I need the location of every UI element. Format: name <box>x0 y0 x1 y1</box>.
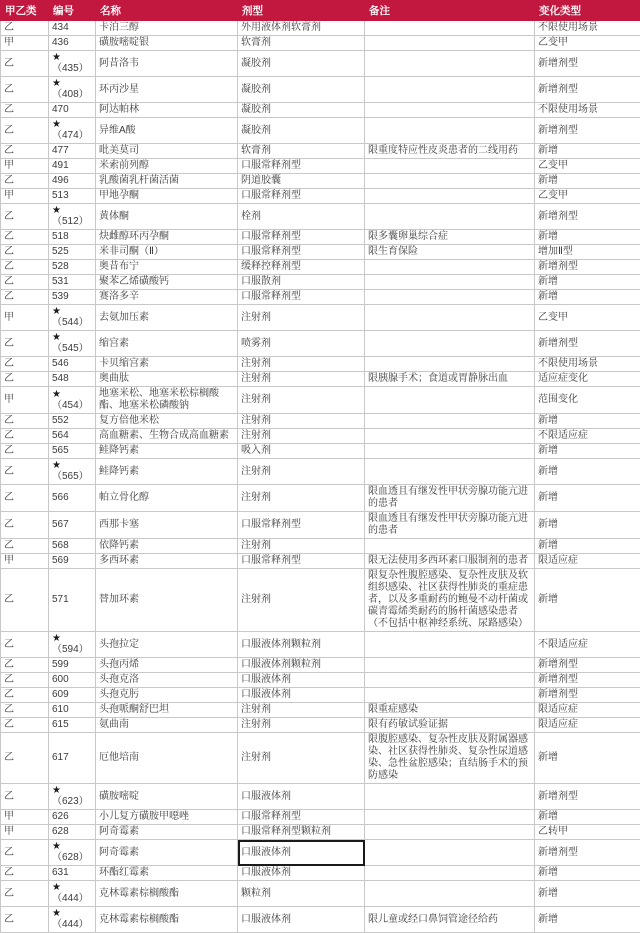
cell-note <box>365 204 535 230</box>
cell-form: 软膏剂 <box>238 144 365 159</box>
cell-change: 乙变甲 <box>535 36 640 51</box>
cell-change: 乙变甲 <box>535 189 640 204</box>
cell-number: 571 <box>49 569 96 632</box>
table-row: 乙★（594）头孢拉定口服液体剂颗粒剂不限适应症 <box>1 632 640 658</box>
table-row: 乙525米非司酮（Ⅱ）口服常释剂型限生育保险增加Ⅱ型 <box>1 245 640 260</box>
cell-name: 阿达帕林 <box>96 103 238 118</box>
cell-category: 甲 <box>1 825 49 840</box>
cell-note: 限重症感染 <box>365 703 535 718</box>
cell-category: 乙 <box>1 569 49 632</box>
cell-name: 多西环素 <box>96 554 238 569</box>
cell-change: 限适应症 <box>535 554 640 569</box>
cell-note <box>365 810 535 825</box>
cell-note <box>365 840 535 866</box>
cell-form: 口服常释剂型 <box>238 810 365 825</box>
cell-number: 569 <box>49 554 96 569</box>
cell-change: 不限使用场景 <box>535 357 640 372</box>
cell-note: 限儿童或经口鼻饲管途径给药 <box>365 907 535 933</box>
star-icon: ★ <box>52 119 92 130</box>
cell-note <box>365 866 535 881</box>
cell-number: 615 <box>49 718 96 733</box>
cell-change: 新增 <box>535 459 640 485</box>
cell-form: 注射剂 <box>238 357 365 372</box>
table-row: 乙552复方倍他米松注射剂新增 <box>1 414 640 429</box>
cell-change: 新增剂型 <box>535 673 640 688</box>
star-icon: ★ <box>52 332 92 343</box>
cell-change: 乙转甲 <box>535 825 640 840</box>
cell-form: 口服常释剂型 <box>238 159 365 174</box>
cell-number: 552 <box>49 414 96 429</box>
cell-number: 566 <box>49 485 96 512</box>
cell-number-text: （623） <box>52 796 92 808</box>
cell-note <box>365 260 535 275</box>
cell-number: 631 <box>49 866 96 881</box>
cell-change: 范围变化 <box>535 387 640 414</box>
cell-name: 克林霉素棕榈酸酯 <box>96 881 238 907</box>
cell-category: 乙 <box>1 414 49 429</box>
cell-number-text: （444） <box>52 919 92 931</box>
table-row: 乙477吡美莫司软膏剂限重度特应性皮炎患者的二线用药新增 <box>1 144 640 159</box>
cell-change: 新增剂型 <box>535 331 640 357</box>
cell-form: 凝胶剂 <box>238 118 365 144</box>
cell-change: 限适应症 <box>535 718 640 733</box>
cell-name: 头孢哌酮舒巴坦 <box>96 703 238 718</box>
cell-form: 口服散剂 <box>238 275 365 290</box>
cell-name: 鲑降钙素 <box>96 459 238 485</box>
table-row: 甲★（544）去氨加压素注射剂乙变甲 <box>1 305 640 331</box>
cell-category: 乙 <box>1 459 49 485</box>
cell-change: 新增 <box>535 810 640 825</box>
cell-note: 限重度特应性皮炎患者的二线用药 <box>365 144 535 159</box>
cell-form: 外用液体剂软膏剂 <box>238 21 365 36</box>
cell-number: ★（565） <box>49 459 96 485</box>
table-row: 乙★（435）阿昔洛韦凝胶剂新增剂型 <box>1 51 640 77</box>
cell-number: 564 <box>49 429 96 444</box>
cell-category: 乙 <box>1 866 49 881</box>
cell-category: 甲 <box>1 554 49 569</box>
table-row: 乙496乳酸菌乳杆菌活菌阴道胶囊新增 <box>1 174 640 189</box>
cell-note <box>365 881 535 907</box>
cell-name: 磺胺嘧啶 <box>96 784 238 810</box>
star-icon: ★ <box>52 78 92 89</box>
cell-form: 颗粒剂 <box>238 881 365 907</box>
cell-form: 注射剂 <box>238 718 365 733</box>
cell-number: 548 <box>49 372 96 387</box>
cell-category: 乙 <box>1 429 49 444</box>
cell-form: 口服常释剂型 <box>238 554 365 569</box>
cell-name: 奥昔布宁 <box>96 260 238 275</box>
table-row: 乙539赛洛多辛口服常释剂型新增 <box>1 290 640 305</box>
cell-category: 乙 <box>1 673 49 688</box>
table-row: 甲626小儿复方磺胺甲噁唑口服常释剂型新增 <box>1 810 640 825</box>
table-row: 乙★（628）阿奇霉素口服液体剂新增剂型 <box>1 840 640 866</box>
column-header-name: 名称 <box>96 1 238 21</box>
cell-number: 565 <box>49 444 96 459</box>
cell-number: ★（474） <box>49 118 96 144</box>
cell-name: 异维A酸 <box>96 118 238 144</box>
selected-cell: 口服液体剂 <box>238 840 365 866</box>
cell-note <box>365 51 535 77</box>
cell-change: 新增剂型 <box>535 118 640 144</box>
cell-form: 吸入剂 <box>238 444 365 459</box>
cell-note <box>365 539 535 554</box>
cell-name: 炔雌醇环丙孕酮 <box>96 230 238 245</box>
cell-number-text: （594） <box>52 644 92 656</box>
cell-change: 新增剂型 <box>535 77 640 103</box>
cell-note: 限生育保险 <box>365 245 535 260</box>
table-row: 乙600头孢克洛口服液体剂新增剂型 <box>1 673 640 688</box>
cell-category: 乙 <box>1 290 49 305</box>
cell-change: 不限适应症 <box>535 632 640 658</box>
cell-form: 口服常释剂型 <box>238 245 365 260</box>
cell-category: 乙 <box>1 718 49 733</box>
cell-note: 限多囊卵巢综合症 <box>365 230 535 245</box>
cell-name: 头孢克洛 <box>96 673 238 688</box>
cell-change: 新增 <box>535 144 640 159</box>
cell-form: 注射剂 <box>238 485 365 512</box>
cell-name: 卡贝缩宫素 <box>96 357 238 372</box>
cell-form: 注射剂 <box>238 387 365 414</box>
cell-name: 阿奇霉素 <box>96 840 238 866</box>
cell-note: 限复杂性腹腔感染、复杂性皮肤及软组织感染、社区获得性肺炎的重症患者，以及多重耐药… <box>365 569 535 632</box>
cell-number: ★（444） <box>49 907 96 933</box>
cell-number-text: （444） <box>52 893 92 905</box>
cell-category: 乙 <box>1 703 49 718</box>
cell-category: 乙 <box>1 658 49 673</box>
table-row: 乙★（474）异维A酸凝胶剂新增剂型 <box>1 118 640 144</box>
cell-number: ★（454） <box>49 387 96 414</box>
cell-name: 奥曲肽 <box>96 372 238 387</box>
table-row: 乙565鲑降钙素吸入剂新增 <box>1 444 640 459</box>
cell-number: ★（545） <box>49 331 96 357</box>
cell-form: 注射剂 <box>238 459 365 485</box>
cell-number: 470 <box>49 103 96 118</box>
cell-change: 不限使用场景 <box>535 103 640 118</box>
cell-form: 口服液体剂 <box>238 784 365 810</box>
cell-category: 乙 <box>1 539 49 554</box>
cell-number: 525 <box>49 245 96 260</box>
star-icon: ★ <box>52 460 92 471</box>
cell-number: 434 <box>49 21 96 36</box>
cell-name: 地塞米松、地塞米松棕榈酸酯、地塞米松磷酸钠 <box>96 387 238 414</box>
cell-name: 阿昔洛韦 <box>96 51 238 77</box>
cell-number: 626 <box>49 810 96 825</box>
cell-change: 适应症变化 <box>535 372 640 387</box>
cell-change: 新增 <box>535 174 640 189</box>
table-row: 乙★（408）环丙沙星凝胶剂新增剂型 <box>1 77 640 103</box>
cell-number: 610 <box>49 703 96 718</box>
cell-change: 新增剂型 <box>535 204 640 230</box>
cell-name: 头孢丙烯 <box>96 658 238 673</box>
cell-name: 甲地孕酮 <box>96 189 238 204</box>
table-row: 乙617厄他培南注射剂限腹腔感染、复杂性皮肤及附属器感染、社区获得性肺炎、复杂性… <box>1 733 640 784</box>
cell-category: 乙 <box>1 118 49 144</box>
cell-number-text: （408） <box>52 89 92 101</box>
cell-change: 新增 <box>535 569 640 632</box>
cell-number-text: （544） <box>52 317 92 329</box>
cell-note: 限腹腔感染、复杂性皮肤及附属器感染、社区获得性肺炎、复杂性尿道感染、急性盆腔感染… <box>365 733 535 784</box>
cell-form: 注射剂 <box>238 703 365 718</box>
cell-category: 甲 <box>1 305 49 331</box>
cell-note <box>365 632 535 658</box>
cell-number: 546 <box>49 357 96 372</box>
table-header-row: 甲乙类编号名称剂型备注变化类型 <box>1 1 640 21</box>
star-icon: ★ <box>52 633 92 644</box>
cell-name: 厄他培南 <box>96 733 238 784</box>
cell-name: 乳酸菌乳杆菌活菌 <box>96 174 238 189</box>
cell-category: 乙 <box>1 204 49 230</box>
cell-form: 口服常释剂型颗粒剂 <box>238 825 365 840</box>
cell-category: 乙 <box>1 907 49 933</box>
cell-change: 新增剂型 <box>535 658 640 673</box>
cell-number: ★（594） <box>49 632 96 658</box>
cell-note <box>365 673 535 688</box>
cell-form: 口服液体剂颗粒剂 <box>238 658 365 673</box>
table-row: 乙566帕立骨化醇注射剂限血透且有继发性甲状旁腺功能亢进的患者新增 <box>1 485 640 512</box>
cell-number: 628 <box>49 825 96 840</box>
cell-note: 限血透且有继发性甲状旁腺功能亢进的患者 <box>365 512 535 539</box>
cell-name: 卡泊三醇 <box>96 21 238 36</box>
table-row: 乙609头孢克肟口服液体剂新增剂型 <box>1 688 640 703</box>
table-row: 乙531聚苯乙烯磺酸钙口服散剂新增 <box>1 275 640 290</box>
cell-form: 凝胶剂 <box>238 77 365 103</box>
cell-category: 乙 <box>1 230 49 245</box>
cell-number-text: （628） <box>52 852 92 864</box>
cell-form: 口服液体剂 <box>238 907 365 933</box>
table-row: 乙546卡贝缩宫素注射剂不限使用场景 <box>1 357 640 372</box>
cell-name: 赛洛多辛 <box>96 290 238 305</box>
star-icon: ★ <box>52 785 92 796</box>
star-icon: ★ <box>52 882 92 893</box>
cell-note <box>365 290 535 305</box>
cell-form: 注射剂 <box>238 569 365 632</box>
cell-note <box>365 414 535 429</box>
cell-change: 新增 <box>535 907 640 933</box>
cell-name: 阿奇霉素 <box>96 825 238 840</box>
cell-name: 头孢克肟 <box>96 688 238 703</box>
cell-change: 新增 <box>535 290 640 305</box>
cell-form: 注射剂 <box>238 372 365 387</box>
cell-name: 黄体酮 <box>96 204 238 230</box>
cell-name: 高血糖素、生物合成高血糖素 <box>96 429 238 444</box>
cell-note <box>365 658 535 673</box>
cell-name: 帕立骨化醇 <box>96 485 238 512</box>
table-row: 乙★（512）黄体酮栓剂新增剂型 <box>1 204 640 230</box>
cell-category: 甲 <box>1 387 49 414</box>
cell-category: 乙 <box>1 77 49 103</box>
cell-note <box>365 189 535 204</box>
cell-number: 531 <box>49 275 96 290</box>
table-row: 甲513甲地孕酮口服常释剂型乙变甲 <box>1 189 640 204</box>
table-row: 甲★（454）地塞米松、地塞米松棕榈酸酯、地塞米松磷酸钠注射剂范围变化 <box>1 387 640 414</box>
cell-form: 口服常释剂型 <box>238 230 365 245</box>
table-row: 甲436磺胺嘧啶银软膏剂乙变甲 <box>1 36 640 51</box>
cell-change: 新增 <box>535 733 640 784</box>
cell-name: 鲑降钙素 <box>96 444 238 459</box>
cell-category: 乙 <box>1 103 49 118</box>
cell-change: 新增 <box>535 512 640 539</box>
cell-number: ★（512） <box>49 204 96 230</box>
cell-category: 乙 <box>1 784 49 810</box>
cell-form: 口服液体剂 <box>238 688 365 703</box>
cell-number-text: （474） <box>52 130 92 142</box>
star-icon: ★ <box>52 841 92 852</box>
cell-category: 乙 <box>1 485 49 512</box>
cell-change: 新增 <box>535 230 640 245</box>
cell-name: 米索前列醇 <box>96 159 238 174</box>
cell-note: 限血透且有继发性甲状旁腺功能亢进的患者 <box>365 485 535 512</box>
cell-note: 限无法使用多西环素口服制剂的患者 <box>365 554 535 569</box>
cell-number-text: （545） <box>52 343 92 355</box>
table-row: 乙599头孢丙烯口服液体剂颗粒剂新增剂型 <box>1 658 640 673</box>
cell-category: 乙 <box>1 245 49 260</box>
table-row: 乙434卡泊三醇外用液体剂软膏剂不限使用场景 <box>1 21 640 36</box>
cell-note <box>365 275 535 290</box>
cell-note <box>365 103 535 118</box>
cell-number: 539 <box>49 290 96 305</box>
cell-change: 新增剂型 <box>535 51 640 77</box>
cell-category: 乙 <box>1 144 49 159</box>
cell-change: 新增剂型 <box>535 840 640 866</box>
cell-name: 缩宫素 <box>96 331 238 357</box>
cell-change: 乙变甲 <box>535 159 640 174</box>
table-row: 乙518炔雌醇环丙孕酮口服常释剂型限多囊卵巢综合症新增 <box>1 230 640 245</box>
cell-form: 口服常释剂型 <box>238 189 365 204</box>
cell-note <box>365 784 535 810</box>
cell-form: 注射剂 <box>238 429 365 444</box>
cell-form: 凝胶剂 <box>238 103 365 118</box>
table-row: 甲569多西环素口服常释剂型限无法使用多西环素口服制剂的患者限适应症 <box>1 554 640 569</box>
cell-name: 西那卡塞 <box>96 512 238 539</box>
cell-number-text: （512） <box>52 216 92 228</box>
cell-name: 依降钙素 <box>96 539 238 554</box>
cell-form: 口服液体剂 <box>238 866 365 881</box>
cell-note <box>365 387 535 414</box>
cell-change: 新增 <box>535 539 640 554</box>
cell-name: 米非司酮（Ⅱ） <box>96 245 238 260</box>
cell-number: 617 <box>49 733 96 784</box>
cell-number: 518 <box>49 230 96 245</box>
cell-name: 环酯红霉素 <box>96 866 238 881</box>
cell-change: 新增 <box>535 275 640 290</box>
cell-change: 新增 <box>535 485 640 512</box>
cell-note: 限有药敏试验证据 <box>365 718 535 733</box>
cell-number: 436 <box>49 36 96 51</box>
cell-change: 新增 <box>535 414 640 429</box>
cell-number: ★（408） <box>49 77 96 103</box>
table-row: 乙571替加环素注射剂限复杂性腹腔感染、复杂性皮肤及软组织感染、社区获得性肺炎的… <box>1 569 640 632</box>
cell-name: 头孢拉定 <box>96 632 238 658</box>
table-row: 乙610头孢哌酮舒巴坦注射剂限重症感染限适应症 <box>1 703 640 718</box>
cell-category: 乙 <box>1 881 49 907</box>
cell-change: 新增 <box>535 444 640 459</box>
cell-name: 小儿复方磺胺甲噁唑 <box>96 810 238 825</box>
cell-category: 甲 <box>1 36 49 51</box>
cell-change: 不限适应症 <box>535 429 640 444</box>
table-row: 乙564高血糖素、生物合成高血糖素注射剂不限适应症 <box>1 429 640 444</box>
cell-category: 甲 <box>1 159 49 174</box>
cell-category: 乙 <box>1 275 49 290</box>
cell-name: 磺胺嘧啶银 <box>96 36 238 51</box>
cell-category: 乙 <box>1 840 49 866</box>
cell-change: 新增 <box>535 866 640 881</box>
cell-name: 吡美莫司 <box>96 144 238 159</box>
cell-category: 乙 <box>1 357 49 372</box>
table-row: 乙568依降钙素注射剂新增 <box>1 539 640 554</box>
table-row: 乙470阿达帕林凝胶剂不限使用场景 <box>1 103 640 118</box>
cell-number-text: （565） <box>52 471 92 483</box>
cell-name: 聚苯乙烯磺酸钙 <box>96 275 238 290</box>
cell-form: 软膏剂 <box>238 36 365 51</box>
cell-form: 注射剂 <box>238 539 365 554</box>
cell-form: 阴道胶囊 <box>238 174 365 189</box>
cell-note <box>365 118 535 144</box>
cell-number: 599 <box>49 658 96 673</box>
cell-category: 乙 <box>1 688 49 703</box>
cell-category: 乙 <box>1 512 49 539</box>
table-row: 乙631环酯红霉素口服液体剂新增 <box>1 866 640 881</box>
star-icon: ★ <box>52 205 92 216</box>
cell-category: 乙 <box>1 260 49 275</box>
cell-change: 限适应症 <box>535 703 640 718</box>
table-row: 乙615氨曲南注射剂限有药敏试验证据限适应症 <box>1 718 640 733</box>
cell-form: 栓剂 <box>238 204 365 230</box>
cell-note <box>365 159 535 174</box>
table-row: 乙★（444）克林霉素棕榈酸酯颗粒剂新增 <box>1 881 640 907</box>
cell-number: ★（623） <box>49 784 96 810</box>
cell-category: 甲 <box>1 189 49 204</box>
cell-note <box>365 174 535 189</box>
cell-note <box>365 77 535 103</box>
cell-number: 513 <box>49 189 96 204</box>
table-row: 乙567西那卡塞口服常释剂型限血透且有继发性甲状旁腺功能亢进的患者新增 <box>1 512 640 539</box>
cell-number: 609 <box>49 688 96 703</box>
cell-number: 567 <box>49 512 96 539</box>
star-icon: ★ <box>52 389 92 400</box>
cell-form: 注射剂 <box>238 414 365 429</box>
cell-form: 注射剂 <box>238 305 365 331</box>
cell-name: 替加环素 <box>96 569 238 632</box>
cell-note <box>365 21 535 36</box>
cell-note <box>365 36 535 51</box>
cell-category: 乙 <box>1 733 49 784</box>
cell-form: 口服液体剂颗粒剂 <box>238 632 365 658</box>
cell-name: 氨曲南 <box>96 718 238 733</box>
table-row: 乙★（545）缩宫素喷雾剂新增剂型 <box>1 331 640 357</box>
cell-category: 乙 <box>1 21 49 36</box>
cell-change: 新增 <box>535 881 640 907</box>
cell-note: 限胰腺手术；食道或胃静脉出血 <box>365 372 535 387</box>
column-header-category: 甲乙类 <box>1 1 49 21</box>
cell-note <box>365 444 535 459</box>
table-row: 乙528奥昔布宁缓释控释剂型新增剂型 <box>1 260 640 275</box>
cell-note <box>365 305 535 331</box>
cell-form: 口服液体剂 <box>238 673 365 688</box>
cell-category: 乙 <box>1 331 49 357</box>
cell-note <box>365 331 535 357</box>
cell-category: 乙 <box>1 632 49 658</box>
cell-number-text: （454） <box>52 400 92 412</box>
column-header-form: 剂型 <box>238 1 365 21</box>
cell-category: 甲 <box>1 810 49 825</box>
cell-number: 477 <box>49 144 96 159</box>
cell-name: 去氨加压素 <box>96 305 238 331</box>
table-row: 乙548奥曲肽注射剂限胰腺手术；食道或胃静脉出血适应症变化 <box>1 372 640 387</box>
cell-number: 568 <box>49 539 96 554</box>
cell-note <box>365 429 535 444</box>
cell-number: ★（444） <box>49 881 96 907</box>
cell-form: 口服常释剂型 <box>238 290 365 305</box>
